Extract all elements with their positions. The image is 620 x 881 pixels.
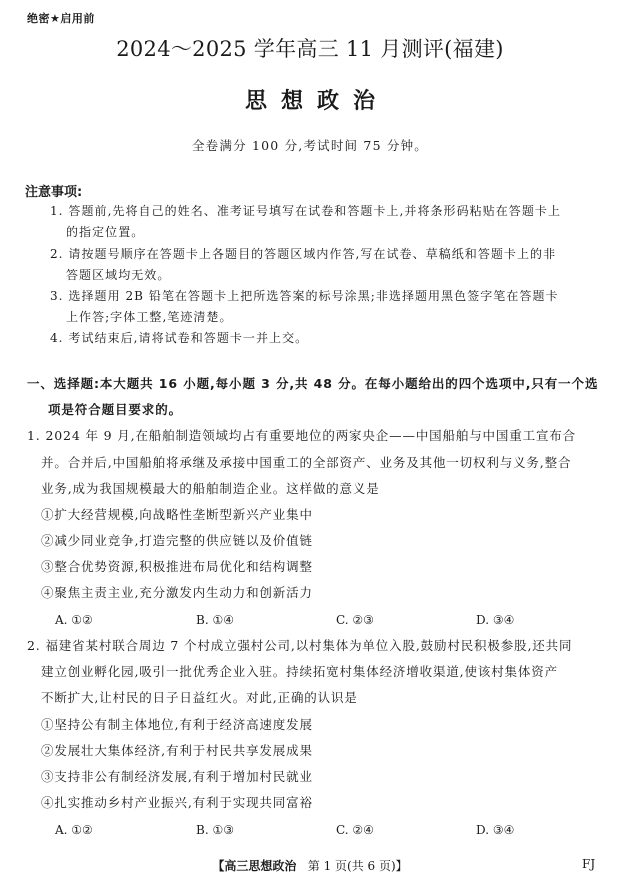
question-2-stem-line1: 2. 福建省某村联合周边 7 个村成立强村公司,以村集体为单位入股,鼓励村民积极… bbox=[27, 639, 572, 653]
page-footer: 【高三思想政治 第 1 页(共 6 页)】 bbox=[0, 857, 620, 874]
question-1-statement-2: ②减少同业竞争,打造完整的供应链以及价值链 bbox=[41, 534, 313, 548]
question-2-option-b[interactable]: B. ①③ bbox=[196, 823, 234, 837]
question-2-option-a[interactable]: A. ①② bbox=[55, 823, 93, 837]
confidential-label: 绝密★启用前 bbox=[27, 10, 95, 26]
section-heading-line1: 一、选择题:本大题共 16 小题,每小题 3 分,共 48 分。在每小题给出的四… bbox=[27, 374, 598, 392]
question-2-statement-2: ②发展壮大集体经济,有利于村民共享发展成果 bbox=[41, 744, 313, 758]
notice-item-1-line1: 1. 答题前,先将自己的姓名、准考证号填写在试卷和答题卡上,并将条形码粘贴在答题… bbox=[50, 204, 561, 218]
question-1-option-a[interactable]: A. ①② bbox=[55, 613, 93, 627]
question-1-option-d[interactable]: D. ③④ bbox=[476, 613, 514, 627]
question-1-stem-line3: 业务,成为我国规模最大的船舶制造企业。这样做的意义是 bbox=[41, 482, 380, 496]
question-1-stem-line2: 并。合并后,中国船舶将承继及承接中国重工的全部资产、业务及其他一切权利与义务,整… bbox=[41, 456, 571, 470]
footer-subject: 【高三思想政治 bbox=[212, 859, 296, 873]
exam-title: 2024～2025 学年高三 11 月测评(福建) bbox=[0, 33, 620, 63]
subject-title: 思想政治 bbox=[0, 84, 620, 115]
notice-item-1-line2: 的指定位置。 bbox=[66, 225, 144, 239]
question-2-option-d[interactable]: D. ③④ bbox=[476, 823, 514, 837]
notice-item-4-line1: 4. 考试结束后,请将试卷和答题卡一并上交。 bbox=[50, 331, 308, 345]
question-1-statement-3: ③整合优势资源,积极推进布局优化和结构调整 bbox=[41, 560, 313, 574]
region-code: FJ bbox=[582, 857, 595, 871]
question-1-option-c[interactable]: C. ②③ bbox=[336, 613, 374, 627]
question-1-option-b[interactable]: B. ①④ bbox=[196, 613, 234, 627]
notice-item-2-line2: 答题区域均无效。 bbox=[66, 268, 170, 282]
notice-heading: 注意事项: bbox=[25, 181, 82, 200]
section-heading-line2: 项是符合题目要求的。 bbox=[48, 400, 182, 418]
score-info: 全卷满分 100 分,考试时间 75 分钟。 bbox=[0, 136, 620, 154]
footer-page-info: 第 1 页(共 6 页)】 bbox=[308, 859, 408, 873]
notice-item-3-line1: 3. 选择题用 2B 铅笔在答题卡上把所选答案的标号涂黑;非选择题用黑色签字笔在… bbox=[50, 289, 559, 303]
question-2-statement-4: ④扎实推动乡村产业振兴,有利于实现共同富裕 bbox=[41, 796, 313, 810]
question-2-statement-3: ③支持非公有制经济发展,有利于增加村民就业 bbox=[41, 770, 313, 784]
question-2-stem-line3: 不断扩大,让村民的日子日益红火。对此,正确的认识是 bbox=[41, 691, 358, 705]
question-2-option-c[interactable]: C. ②④ bbox=[336, 823, 374, 837]
question-2-statement-1: ①坚持公有制主体地位,有利于经济高速度发展 bbox=[41, 718, 313, 732]
question-1-statement-4: ④聚焦主责主业,充分激发内生动力和创新活力 bbox=[41, 586, 313, 600]
notice-item-3-line2: 上作答;字体工整,笔迹清楚。 bbox=[66, 310, 233, 324]
notice-item-2-line1: 2. 请按题号顺序在答题卡上各题目的答题区域内作答,写在试卷、草稿纸和答题卡上的… bbox=[50, 247, 556, 261]
question-1-statement-1: ①扩大经营规模,向战略性垄断型新兴产业集中 bbox=[41, 508, 313, 522]
question-1-stem-line1: 1. 2024 年 9 月,在船舶制造领域均占有重要地位的两家央企——中国船舶与… bbox=[27, 429, 576, 443]
question-2-stem-line2: 建立创业孵化园,吸引一批优秀企业入驻。持续拓宽村集体经济增收渠道,使该村集体资产 bbox=[41, 665, 558, 679]
